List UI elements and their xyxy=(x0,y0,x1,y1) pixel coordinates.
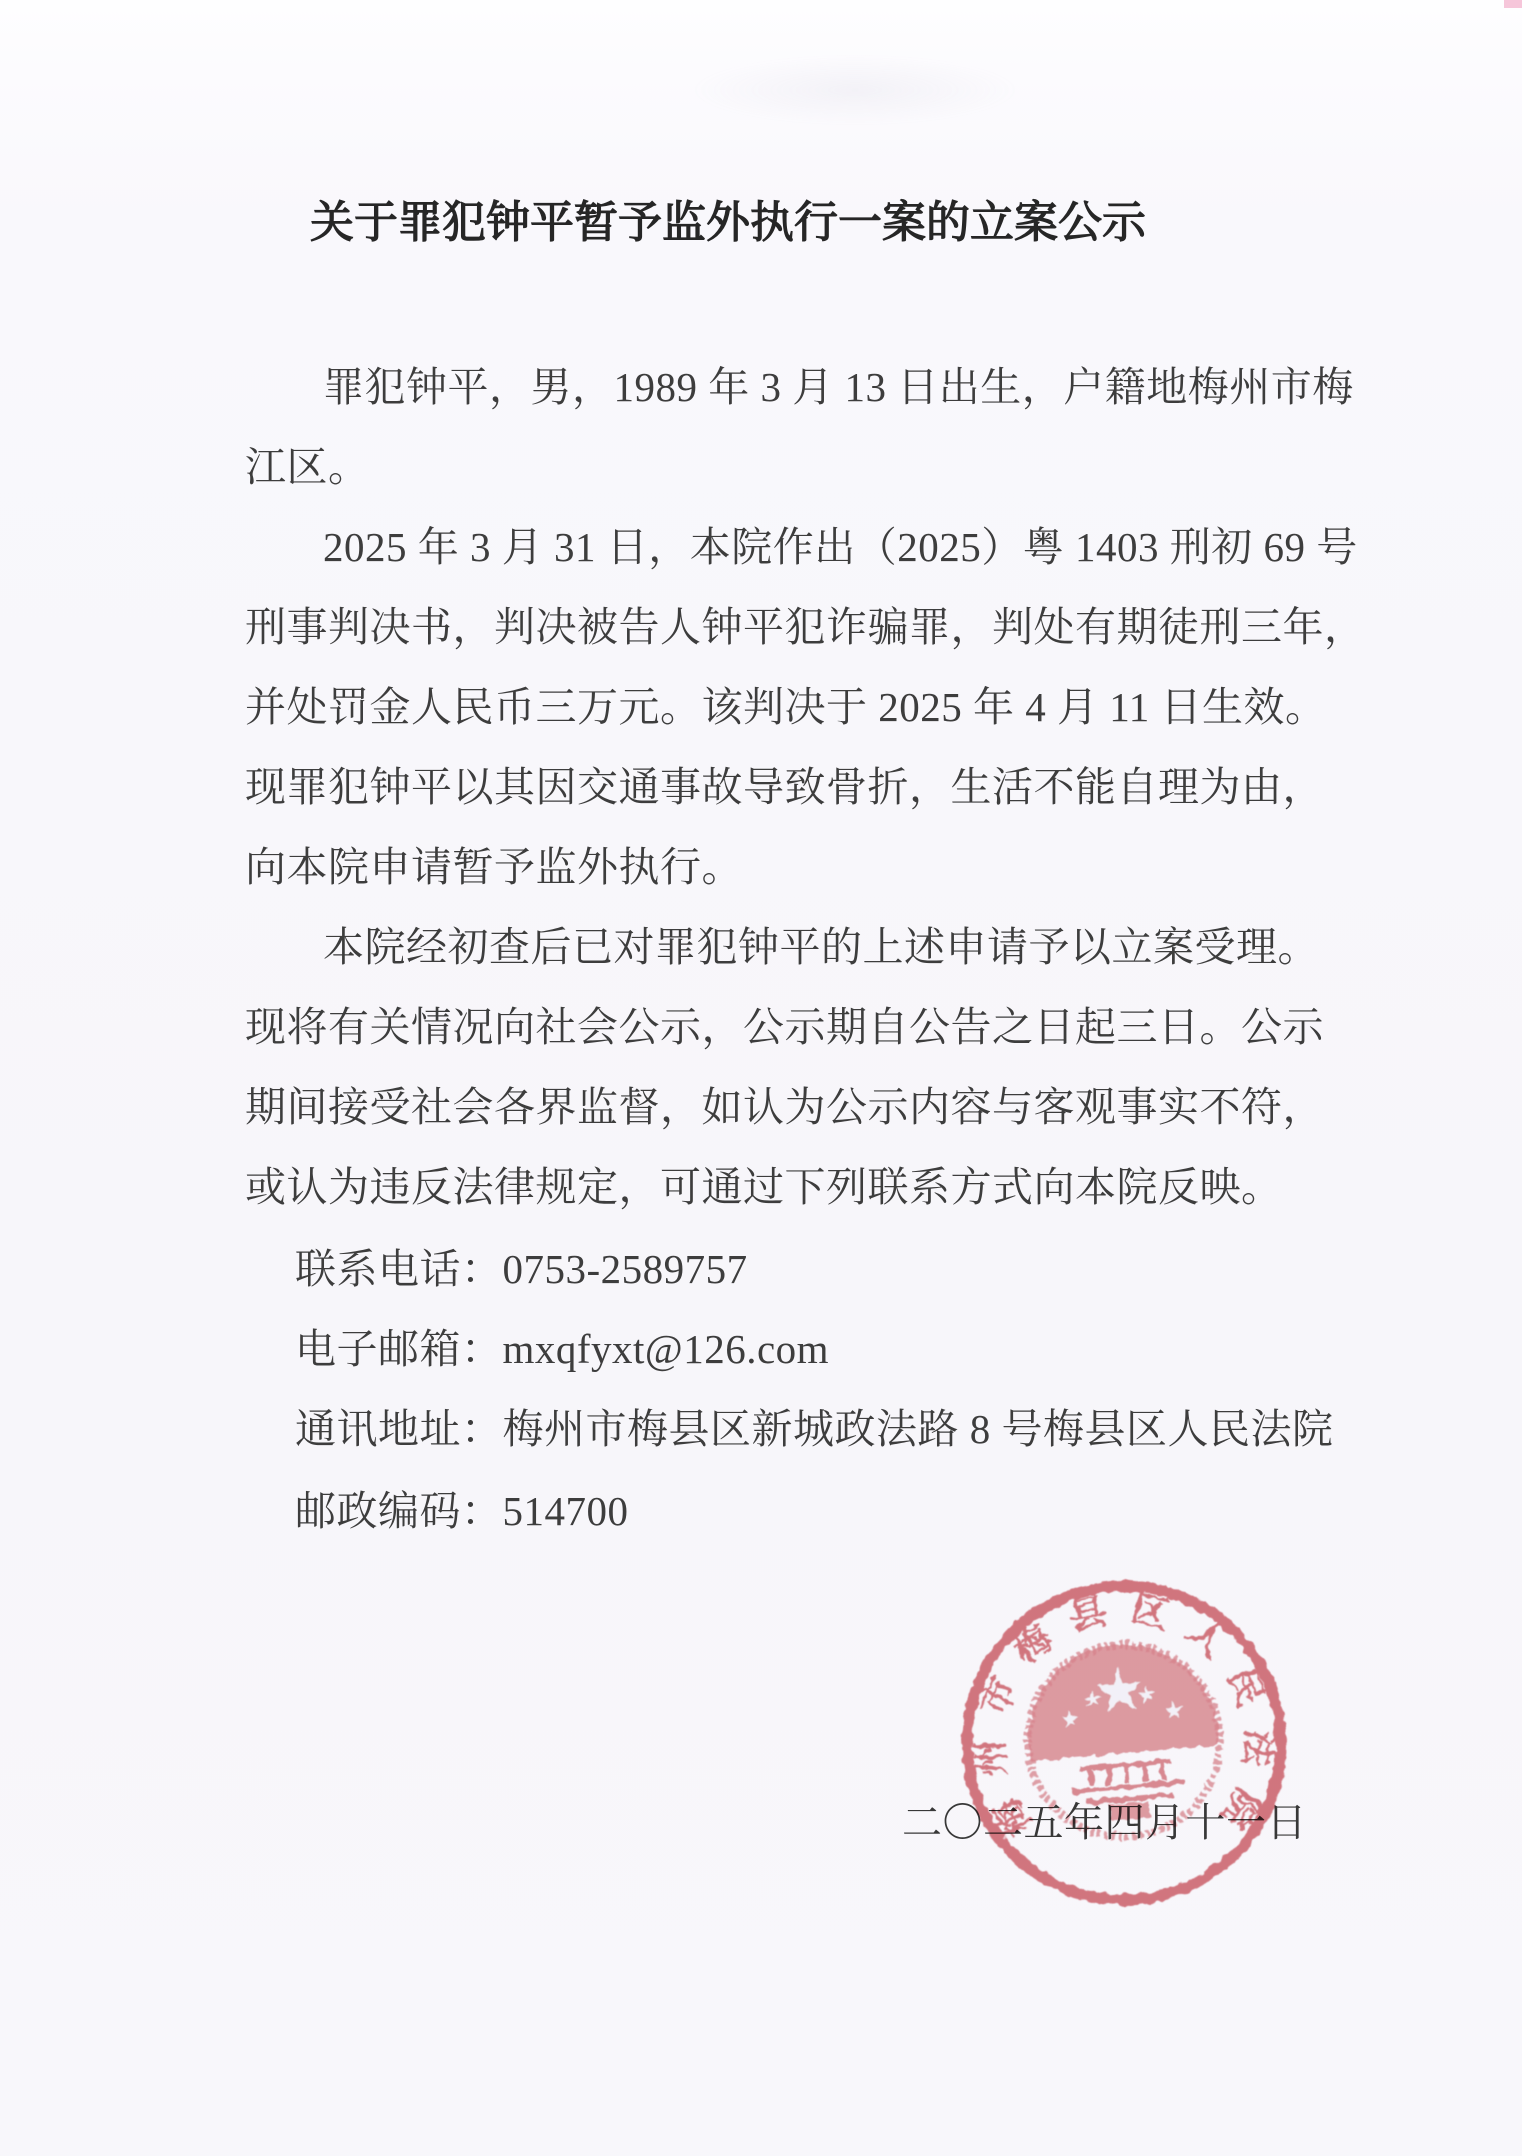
body-line-1: 罪犯钟平，男，1989 年 3 月 13 日出生，户籍地梅州市梅 xyxy=(245,362,1354,412)
body-line-5: 并处罚金人民币三万元。该判决于 2025 年 4 月 11 日生效。 xyxy=(245,682,1326,732)
scanned-document-page: 关于罪犯钟平暂予监外执行一案的立案公示 罪犯钟平，男，1989 年 3 月 13… xyxy=(0,0,1522,2156)
body-line-7: 向本院申请暂予监外执行。 xyxy=(245,842,743,892)
scan-edge-artifact xyxy=(1504,0,1522,8)
national-emblem-icon xyxy=(1020,1636,1228,1845)
body-line-2: 江区。 xyxy=(245,442,370,492)
body-line-3: 2025 年 3 月 31 日，本院作出（2025）粤 1403 刑初 69 号 xyxy=(245,522,1358,572)
contact-phone-line: 联系电话：0753-2589757 xyxy=(245,1244,748,1294)
scan-bleed-ghost xyxy=(690,55,1020,125)
document-title: 关于罪犯钟平暂予监外执行一案的立案公示 xyxy=(310,196,1146,250)
court-seal: 梅州市梅县区人民法院 xyxy=(931,1550,1317,1936)
contact-address-line: 通讯地址：梅州市梅县区新城政法路 8 号梅县区人民法院 xyxy=(245,1404,1334,1454)
emblem-gate xyxy=(1070,1760,1185,1804)
body-line-8: 本院经初查后已对罪犯钟平的上述申请予以立案受理。 xyxy=(245,922,1319,972)
body-line-10: 期间接受社会各界监督，如认为公示内容与客观事实不符， xyxy=(245,1082,1324,1132)
body-line-4: 刑事判决书，判决被告人钟平犯诈骗罪，判处有期徒刑三年， xyxy=(245,602,1366,652)
body-line-9: 现将有关情况向社会公示，公示期自公告之日起三日。公示 xyxy=(245,1002,1324,1052)
body-line-6: 现罪犯钟平以其因交通事故导致骨折，生活不能自理为由， xyxy=(245,762,1324,812)
emblem-base xyxy=(1109,1801,1150,1820)
contact-email-line: 电子邮箱：mxqfyxt@126.com xyxy=(245,1324,829,1374)
court-seal-graphic: 梅州市梅县区人民法院 xyxy=(931,1550,1317,1936)
contact-postal-line: 邮政编码：514700 xyxy=(245,1486,629,1536)
body-line-11: 或认为违反法律规定，可通过下列联系方式向本院反映。 xyxy=(245,1162,1283,1212)
